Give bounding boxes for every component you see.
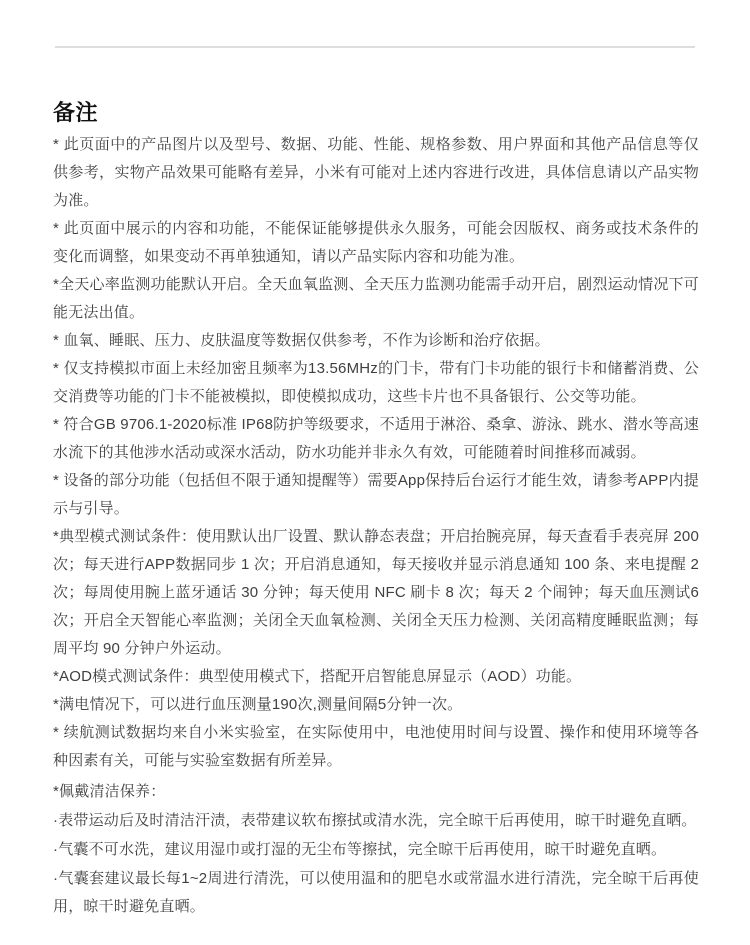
note-battery-lab-data: * 续航测试数据均来自小米实验室，在实际使用中，电池使用时间与设置、操作和使用环… [53, 719, 699, 775]
care-section-label: *佩戴清洁保养： [53, 778, 699, 806]
note-blood-pressure-measurements: *满电情况下，可以进行血压测量190次,测量间隔5分钟一次。 [53, 691, 699, 719]
section-title: 备注 [53, 98, 699, 128]
note-ip68-water-resistance: * 符合GB 9706.1-2020标准 IP68防护等级要求，不适用于淋浴、桑… [53, 411, 699, 467]
product-notes-page: 备注 * 此页面中的产品图片以及型号、数据、功能、性能、规格参数、用户界面和其他… [0, 0, 750, 945]
note-app-background-running: * 设备的部分功能（包括但不限于通知提醒等）需要App保持后台运行才能生效，请参… [53, 467, 699, 523]
care-item-airbag-cover-cleaning: ·气囊套建议最长每1~2周进行清洗，可以使用温和的肥皂水或常温水进行清洗，完全晾… [53, 865, 699, 921]
notes-content: 备注 * 此页面中的产品图片以及型号、数据、功能、性能、规格参数、用户界面和其他… [53, 0, 699, 921]
note-nfc-card-simulation: * 仅支持模拟市面上未经加密且频率为13.56MHz的门卡，带有门卡功能的银行卡… [53, 355, 699, 411]
note-typical-mode-test-conditions: *典型模式测试条件：使用默认出厂设置、默认静态表盘；开启抬腕亮屏，每天查看手表亮… [53, 523, 699, 663]
care-item-strap-cleaning: ·表带运动后及时清洁汗渍，表带建议软布擦拭或清水洗，完全晾干后再使用，晾干时避免… [53, 807, 699, 835]
note-product-images-disclaimer: * 此页面中的产品图片以及型号、数据、功能、性能、规格参数、用户界面和其他产品信… [53, 131, 699, 215]
note-aod-mode-test-conditions: *AOD模式测试条件：典型使用模式下，搭配开启智能息屏显示（AOD）功能。 [53, 663, 699, 691]
note-health-data-reference: * 血氧、睡眠、压力、皮肤温度等数据仅供参考，不作为诊断和治疗依据。 [53, 327, 699, 355]
note-content-functions-disclaimer: * 此页面中展示的内容和功能，不能保证能够提供永久服务，可能会因版权、商务或技术… [53, 215, 699, 271]
care-item-airbag-cleaning: ·气囊不可水洗，建议用湿巾或打湿的无尘布等擦拭，完全晾干后再使用，晾干时避免直晒… [53, 836, 699, 864]
note-heart-rate-monitoring: *全天心率监测功能默认开启。全天血氧监测、全天压力监测功能需手动开启，剧烈运动情… [53, 271, 699, 327]
